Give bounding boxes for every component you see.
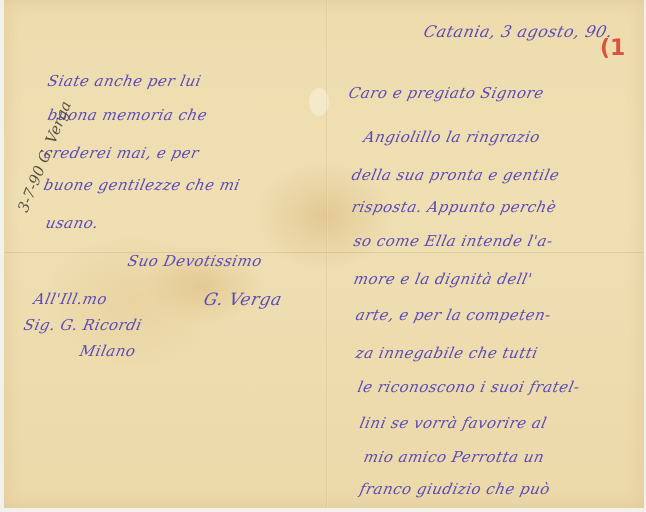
right-line: Angiolillo la ringrazio bbox=[362, 128, 542, 146]
address-line: Milano bbox=[78, 342, 137, 360]
vertical-fold-line bbox=[326, 0, 328, 508]
right-line: arte, e per la competen- bbox=[354, 306, 553, 324]
right-line: le riconoscono i suoi fratel- bbox=[356, 378, 581, 396]
address-line: Sig. G. Ricordi bbox=[22, 316, 144, 334]
right-line: more e la dignità dell' bbox=[352, 270, 534, 288]
right-line: so come Ella intende l'a- bbox=[352, 232, 555, 250]
left-line: crederei mai, e per bbox=[42, 144, 201, 162]
horizontal-fold-line bbox=[4, 252, 644, 253]
right-line: lini se vorrà favorire al bbox=[358, 414, 549, 432]
right-line: della sua pronta e gentile bbox=[350, 166, 561, 184]
letter-sheet: Catania, 3 agosto, 90. (1 Caro e pregiat… bbox=[4, 0, 644, 508]
right-line: Caro e pregiato Signore bbox=[347, 84, 546, 102]
signature: G. Verga bbox=[202, 290, 284, 310]
closing: Suo Devotissimo bbox=[126, 252, 264, 270]
left-line: Siate anche per lui bbox=[46, 72, 203, 90]
embossed-stamp bbox=[309, 88, 329, 116]
right-line: franco giudizio che può bbox=[358, 480, 552, 498]
left-line: buone gentilezze che mi bbox=[42, 176, 242, 194]
left-line: usano. bbox=[44, 214, 100, 232]
place-date: Catania, 3 agosto, 90. bbox=[422, 22, 614, 41]
right-line: mio amico Perrotta un bbox=[362, 448, 546, 466]
address-line: All'Ill.mo bbox=[32, 290, 109, 308]
right-line: za innegabile che tutti bbox=[354, 344, 540, 362]
right-line: risposta. Appunto perchè bbox=[350, 198, 558, 216]
archive-mark: (1 bbox=[600, 36, 625, 61]
